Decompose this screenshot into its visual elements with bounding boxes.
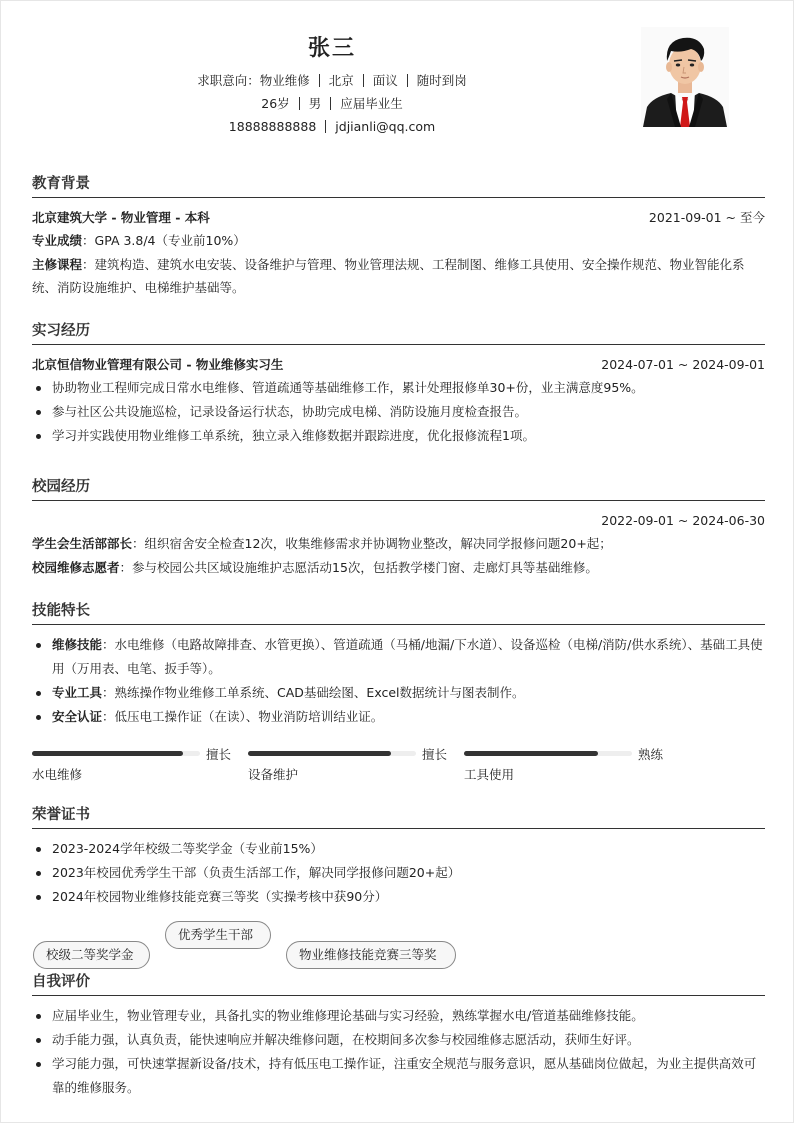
skill-label: 专业工具 (52, 685, 102, 700)
email[interactable]: jdjianli@qq.com (335, 119, 435, 134)
skill-bars: 擅长 水电维修 擅长 设备维护 熟练 工具使用 (32, 747, 765, 787)
list-item: 2023年校园优秀学生干部（负责生活部工作，解决同学报修问题20+起） (32, 861, 765, 885)
section-title: 自我评价 (32, 971, 765, 996)
section-title: 校园经历 (32, 476, 765, 501)
skill-label: 安全认证 (52, 709, 102, 724)
skill-name: 工具使用 (464, 765, 514, 783)
availability: 随时到岗 (417, 73, 467, 88)
honor-tag: 优秀学生干部 (165, 921, 271, 949)
list-item: 维修技能：水电维修（电路故障排查、水管更换）、管道疏通（马桶/地漏/下水道）、设… (32, 633, 765, 681)
age: 26岁 (261, 96, 289, 111)
skill-bar-item: 擅长 水电维修 (32, 747, 232, 787)
list-item: 安全认证：低压电工操作证（在读）、物业消防培训结业证。 (32, 705, 765, 729)
internship-bullets: 协助物业工程师完成日常水电维修、管道疏通等基础维修工作，累计处理报修单30+份，… (32, 376, 765, 448)
gender: 男 (309, 96, 322, 111)
education-entry-header: 北京建筑大学 - 物业管理 - 本科 2021-09-01 ~ 至今 (32, 206, 765, 229)
avatar (641, 27, 729, 127)
skills-section: 技能特长 维修技能：水电维修（电路故障排查、水管更换）、管道疏通（马桶/地漏/下… (32, 600, 765, 729)
separator (325, 120, 326, 133)
job-intention: 求职意向：物业维修 (197, 73, 310, 88)
salary: 面议 (373, 73, 398, 88)
list-item: 学习能力强，可快速掌握新设备/技术，持有低压电工操作证，注重安全规范与服务意识，… (32, 1052, 765, 1100)
separator (330, 97, 331, 110)
campus-item: 学生会生活部部长：组织宿舍安全检查12次，收集维修需求并协调物业整改，解决同学报… (32, 532, 765, 556)
campus-role-label: 校园维修志愿者 (32, 560, 120, 575)
skill-bar-fill (32, 751, 183, 756)
resume-page: 张三 求职意向：物业维修北京面议随时到岗 26岁男应届毕业生 188888888… (0, 0, 794, 1123)
company-role: 北京恒信物业管理有限公司 - 物业维修实习生 (32, 357, 283, 372)
courses-label: 主修课程 (32, 257, 82, 272)
skill-level: 擅长 (422, 745, 447, 763)
contact-line: 18888888888jdjianli@qq.com (1, 118, 663, 136)
internship-section: 实习经历 北京恒信物业管理有限公司 - 物业维修实习生 2024-07-01 ~… (32, 320, 765, 448)
location: 北京 (329, 73, 354, 88)
honors-section: 荣誉证书 2023-2024学年校级二等奖学金（专业前15%） 2023年校园优… (32, 804, 765, 909)
school-major-degree: 北京建筑大学 - 物业管理 - 本科 (32, 210, 210, 225)
campus-item: 校园维修志愿者：参与校园公共区域设施维护志愿活动15次，包括教学楼门窗、走廊灯具… (32, 556, 765, 580)
section-title: 技能特长 (32, 600, 765, 625)
honor-tag: 物业维修技能竞赛三等奖 (286, 941, 456, 969)
list-item: 协助物业工程师完成日常水电维修、管道疏通等基础维修工作，累计处理报修单30+份，… (32, 376, 765, 400)
gpa-line: 专业成绩：GPA 3.8/4（专业前10%） (32, 229, 765, 253)
phone: 18888888888 (229, 119, 316, 134)
skill-bar-track (32, 751, 200, 756)
list-item: 学习并实践使用物业维修工单系统，独立录入维修数据并跟踪进度，优化报修流程1项。 (32, 424, 765, 448)
campus-entry-header: 2022-09-01 ~ 2024-06-30 (32, 509, 765, 532)
campus-role-label: 学生会生活部部长 (32, 536, 132, 551)
courses-line: 主修课程：建筑构造、建筑水电安装、设备维护与管理、物业管理法规、工程制图、维修工… (32, 253, 765, 300)
skill-bar-item: 熟练 工具使用 (464, 747, 664, 787)
separator (319, 74, 320, 87)
avatar-illustration-icon (641, 27, 729, 127)
skill-bar-track (248, 751, 416, 756)
skill-text: ：水电维修（电路故障排查、水管更换）、管道疏通（马桶/地漏/下水道）、设备巡检（… (52, 637, 763, 676)
campus-date: 2022-09-01 ~ 2024-06-30 (601, 509, 765, 532)
status: 应届毕业生 (340, 96, 403, 111)
resume-header: 张三 求职意向：物业维修北京面议随时到岗 26岁男应届毕业生 188888888… (1, 1, 794, 141)
section-title: 教育背景 (32, 173, 765, 198)
candidate-name: 张三 (1, 31, 663, 62)
separator (407, 74, 408, 87)
campus-role-text: ：组织宿舍安全检查12次，收集维修需求并协调物业整改，解决同学报修问题20+起； (132, 536, 612, 551)
self-evaluation-bullets: 应届毕业生，物业管理专业，具备扎实的物业维修理论基础与实习经验，熟练掌握水电/管… (32, 1004, 765, 1100)
skill-level: 熟练 (638, 745, 663, 763)
list-item: 2023-2024学年校级二等奖学金（专业前15%） (32, 837, 765, 861)
courses-value: ：建筑构造、建筑水电安装、设备维护与管理、物业管理法规、工程制图、维修工具使用、… (32, 257, 745, 296)
self-evaluation-section: 自我评价 应届毕业生，物业管理专业，具备扎实的物业维修理论基础与实习经验，熟练掌… (32, 971, 765, 1100)
list-item: 动手能力强，认真负责，能快速响应并解决维修问题，在校期间多次参与校园维修志愿活动… (32, 1028, 765, 1052)
campus-role-text: ：参与校园公共区域设施维护志愿活动15次，包括教学楼门窗、走廊灯具等基础维修。 (120, 560, 598, 575)
list-item: 应届毕业生，物业管理专业，具备扎实的物业维修理论基础与实习经验，熟练掌握水电/管… (32, 1004, 765, 1028)
skill-bar-item: 擅长 设备维护 (248, 747, 448, 787)
internship-date: 2024-07-01 ~ 2024-09-01 (601, 353, 765, 376)
skill-label: 维修技能 (52, 637, 102, 652)
skill-text: ：低压电工操作证（在读）、物业消防培训结业证。 (102, 709, 383, 724)
separator (299, 97, 300, 110)
list-item: 参与社区公共设施巡检，记录设备运行状态，协助完成电梯、消防设施月度检查报告。 (32, 400, 765, 424)
honors-bullets: 2023-2024学年校级二等奖学金（专业前15%） 2023年校园优秀学生干部… (32, 837, 765, 909)
skill-level: 擅长 (206, 745, 231, 763)
skill-bar-track (464, 751, 632, 756)
skills-bullets: 维修技能：水电维修（电路故障排查、水管更换）、管道疏通（马桶/地漏/下水道）、设… (32, 633, 765, 729)
skill-text: ：熟练操作物业维修工单系统、CAD基础绘图、Excel数据统计与图表制作。 (102, 685, 525, 700)
separator (363, 74, 364, 87)
section-title: 实习经历 (32, 320, 765, 345)
education-section: 教育背景 北京建筑大学 - 物业管理 - 本科 2021-09-01 ~ 至今 … (32, 173, 765, 300)
list-item: 2024年校园物业维修技能竞赛三等奖（实操考核中获90分） (32, 885, 765, 909)
honor-tag: 校级二等奖学金 (33, 941, 150, 969)
section-title: 荣誉证书 (32, 804, 765, 829)
skill-bar-fill (248, 751, 391, 756)
skill-name: 设备维护 (248, 765, 298, 783)
personal-info-line: 26岁男应届毕业生 (1, 95, 663, 113)
gpa-label: 专业成绩 (32, 233, 82, 248)
campus-section: 校园经历 2022-09-01 ~ 2024-06-30 学生会生活部部长：组织… (32, 476, 765, 579)
education-date: 2021-09-01 ~ 至今 (649, 206, 765, 229)
skill-name: 水电维修 (32, 765, 82, 783)
list-item: 专业工具：熟练操作物业维修工单系统、CAD基础绘图、Excel数据统计与图表制作… (32, 681, 765, 705)
job-intention-line: 求职意向：物业维修北京面议随时到岗 (1, 72, 663, 90)
internship-entry-header: 北京恒信物业管理有限公司 - 物业维修实习生 2024-07-01 ~ 2024… (32, 353, 765, 376)
skill-bar-fill (464, 751, 598, 756)
gpa-value: ：GPA 3.8/4（专业前10%） (82, 233, 246, 248)
